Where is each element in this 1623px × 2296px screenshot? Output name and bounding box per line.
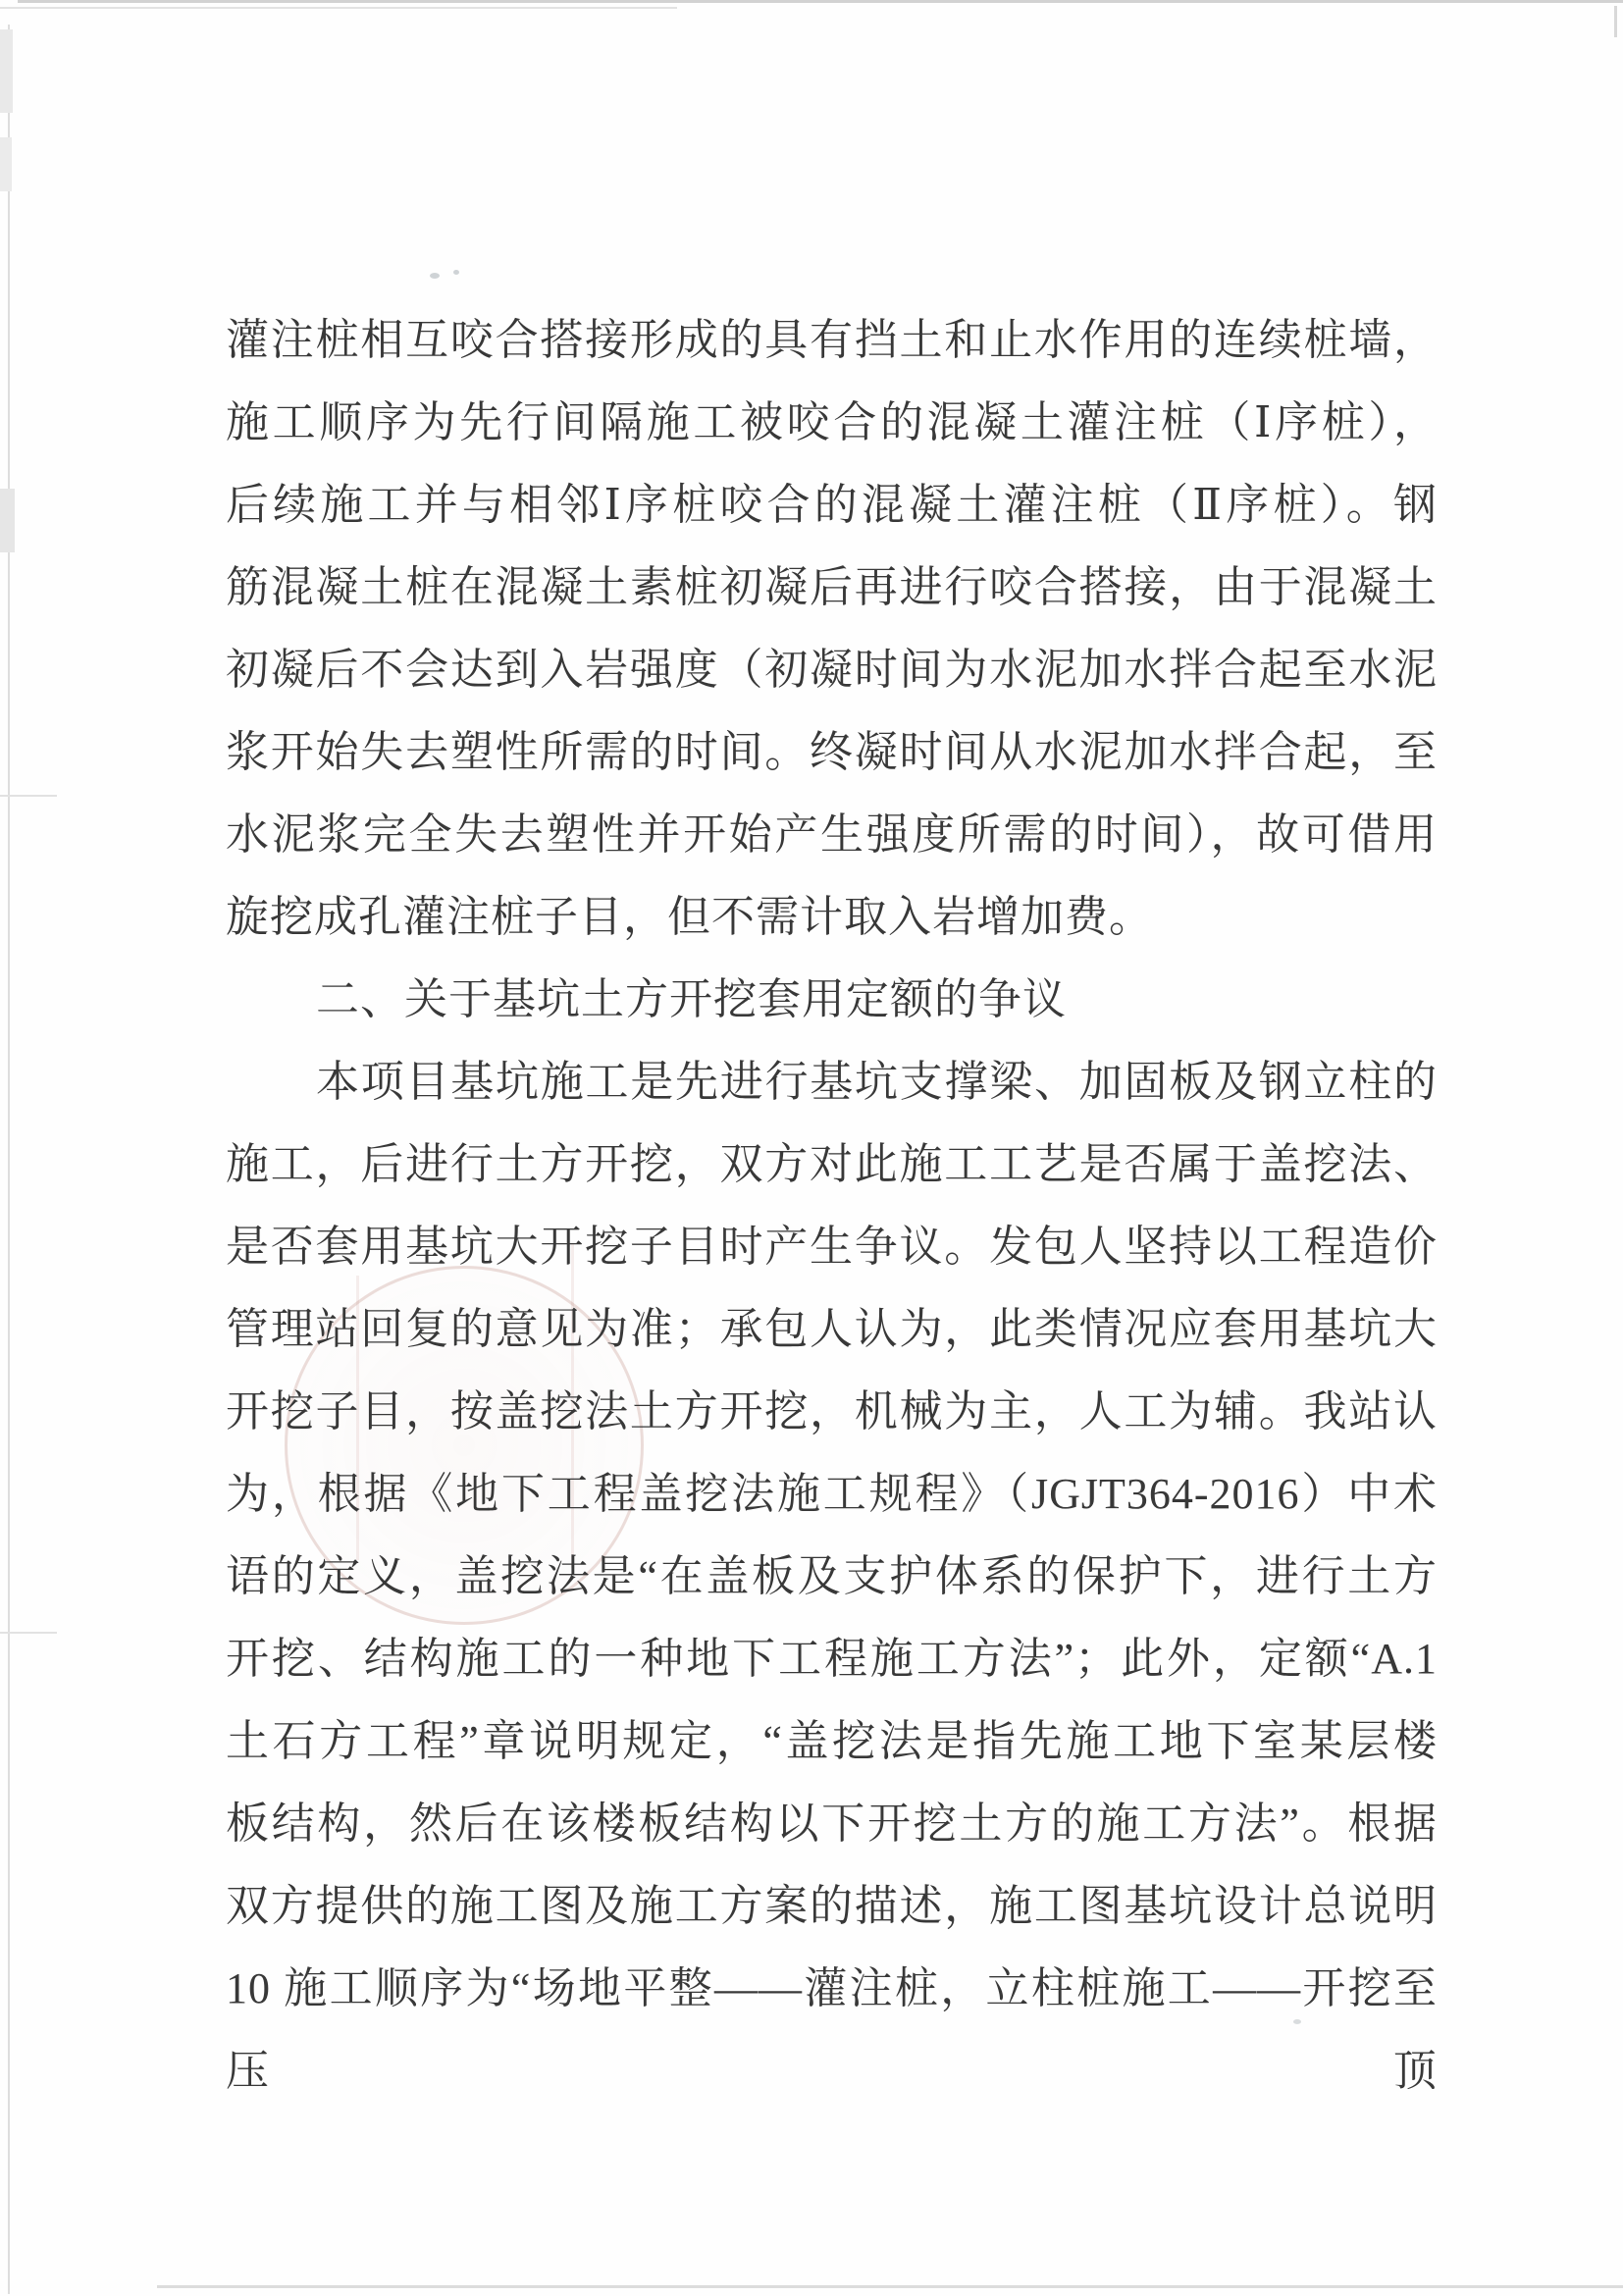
text-line: 开挖子目，按盖挖法土方开挖，机械为主，人工为辅。我站认 [226, 1371, 1438, 1453]
text-line: 施工顺序为先行间隔施工被咬合的混凝土灌注桩（Ⅰ序桩）， [226, 382, 1438, 464]
scan-artifact-left-tick [0, 1632, 57, 1634]
scan-artifact-bottom-line [157, 2285, 1623, 2288]
scan-artifact-top-line-2 [0, 7, 677, 9]
scan-artifact-left-smudge [0, 29, 13, 113]
text-line: 是否套用基坑大开挖子目时产生争议。发包人坚持以工程造价 [226, 1206, 1438, 1288]
text-line: 筋混凝土桩在混凝土素桩初凝后再进行咬合搭接，由于混凝土 [226, 547, 1438, 629]
text-line: 管理站回复的意见为准；承包人认为，此类情况应套用基坑大 [226, 1288, 1438, 1371]
scan-artifact-top-line [18, 0, 1623, 3]
scan-speck [453, 270, 459, 275]
text-line: 土石方工程”章说明规定，“盖挖法是指先施工地下室某层楼 [226, 1700, 1438, 1783]
text-line: 浆开始失去塑性所需的时间。终凝时间从水泥加水拌合起，至 [226, 711, 1438, 794]
scan-artifact-right-tick [1614, 6, 1617, 37]
text-line: 板结构，然后在该楼板结构以下开挖土方的施工方法”。根据 [226, 1783, 1438, 1865]
text-line: 旋挖成孔灌注桩子目，但不需计取入岩增加费。 [226, 876, 1438, 959]
text-line: 后续施工并与相邻Ⅰ序桩咬合的混凝土灌注桩（Ⅱ序桩）。钢 [226, 464, 1438, 547]
text-line: 灌注桩相互咬合搭接形成的具有挡土和止水作用的连续桩墙， [226, 299, 1438, 382]
text-line: 语的定义，盖挖法是“在盖板及支护体系的保护下，进行土方 [226, 1536, 1438, 1618]
section-heading-line: 二、关于基坑土方开挖套用定额的争议 [226, 959, 1438, 1041]
text-line: 双方提供的施工图及施工方案的描述，施工图基坑设计总说明 [226, 1865, 1438, 1948]
scan-artifact-left-smudge [0, 137, 12, 191]
scan-artifact-left-tick [0, 795, 57, 797]
text-line: 为，根据《地下工程盖挖法施工规程》（JGJT364-2016）中术 [226, 1453, 1438, 1536]
text-line: 本项目基坑施工是先进行基坑支撑梁、加固板及钢立柱的 [226, 1041, 1438, 1123]
text-line: 施工，后进行土方开挖，双方对此施工工艺是否属于盖挖法、 [226, 1123, 1438, 1206]
scan-speck [430, 273, 440, 279]
scan-artifact-left-smudge [0, 489, 15, 552]
text-line: 开挖、结构施工的一种地下工程施工方法”；此外，定额“A.1 [226, 1618, 1438, 1700]
scan-artifact-left-edge [8, 25, 10, 2294]
scanned-document-page: 灌注桩相互咬合搭接形成的具有挡土和止水作用的连续桩墙， 施工顺序为先行间隔施工被… [0, 0, 1623, 2296]
text-line: 10 施工顺序为“场地平整——灌注桩，立柱桩施工——开挖至压顶 [226, 1948, 1438, 2030]
text-line: 初凝后不会达到入岩强度（初凝时间为水泥加水拌合起至水泥 [226, 629, 1438, 711]
text-line: 水泥浆完全失去塑性并开始产生强度所需的时间），故可借用 [226, 794, 1438, 876]
document-body: 灌注桩相互咬合搭接形成的具有挡土和止水作用的连续桩墙， 施工顺序为先行间隔施工被… [226, 299, 1438, 2030]
